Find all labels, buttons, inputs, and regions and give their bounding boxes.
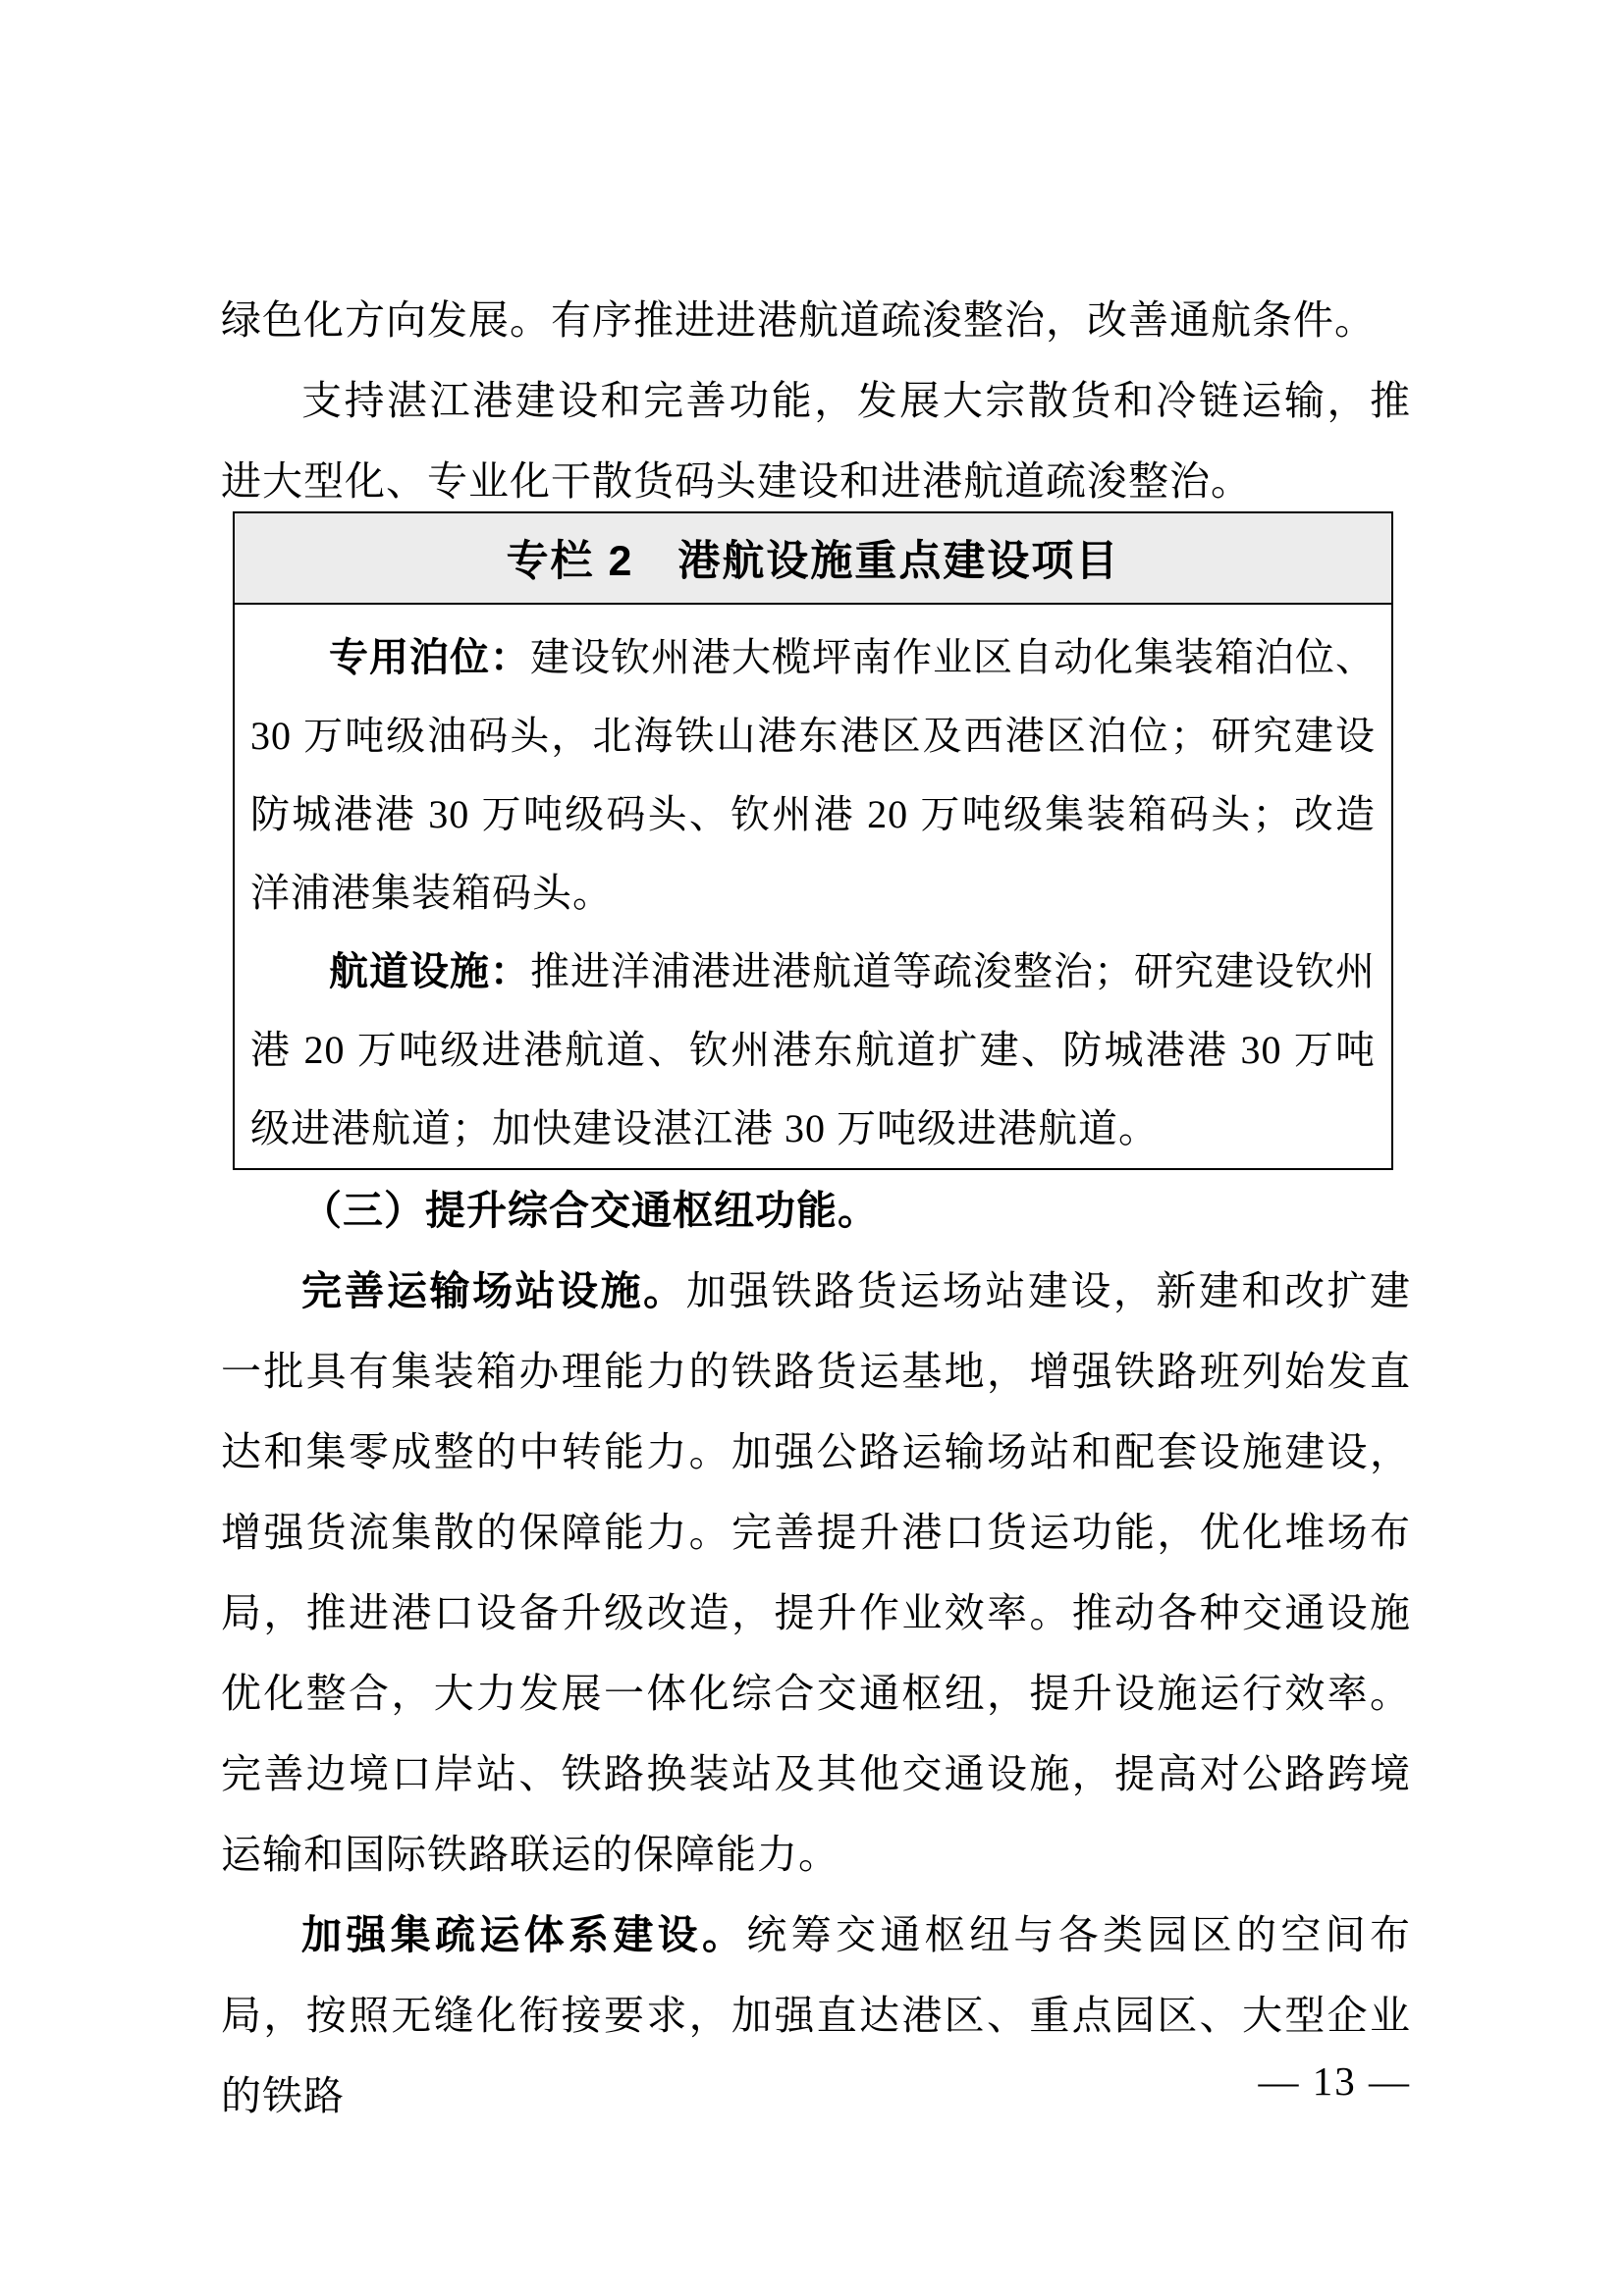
document-page: 绿色化方向发展。有序推进进港航道疏浚整治，改善通航条件。 支持湛江港建设和完善功…	[0, 0, 1624, 2296]
callout-box-title: 专栏 2 港航设施重点建设项目	[507, 528, 1120, 588]
paragraph-berths: 专用泊位：建设钦州港大榄坪南作业区自动化集装箱泊位、30 万吨级油码头，北海铁山…	[250, 618, 1376, 933]
paragraph-stations-text: 加强铁路货运场站建设，新建和改扩建一批具有集装箱办理能力的铁路货运基地，增强铁路…	[221, 1268, 1411, 1877]
paragraph-zhanjiang-port: 支持湛江港建设和完善功能，发展大宗散货和冷链运输，推进大型化、专业化干散货码头建…	[221, 360, 1411, 521]
paragraph-channels-lead: 航道设施：	[329, 949, 530, 993]
section-heading: （三）提升综合交通枢纽功能。	[221, 1170, 1411, 1251]
page-footer: — 13 —	[1259, 2059, 1412, 2103]
paragraph-gathering-system: 加强集疏运体系建设。统筹交通枢纽与各类园区的空间布局，按照无缝化衔接要求，加强直…	[221, 1895, 1411, 2136]
callout-box-header: 专栏 2 港航设施重点建设项目	[235, 513, 1391, 605]
page-number: — 13 —	[1259, 2058, 1412, 2104]
paragraph-continued: 绿色化方向发展。有序推进进港航道疏浚整治，改善通航条件。	[221, 280, 1411, 360]
callout-box-body: 专用泊位：建设钦州港大榄坪南作业区自动化集装箱泊位、30 万吨级油码头，北海铁山…	[235, 605, 1391, 1168]
page-content: 绿色化方向发展。有序推进进港航道疏浚整治，改善通航条件。 支持湛江港建设和完善功…	[221, 0, 1411, 2136]
paragraph-channels: 航道设施：推进洋浦港进港航道等疏浚整治；研究建设钦州港 20 万吨级进港航道、钦…	[250, 933, 1376, 1168]
paragraph-gathering-system-lead: 加强集疏运体系建设。	[301, 1912, 746, 1957]
paragraph-berths-lead: 专用泊位：	[329, 635, 530, 679]
paragraph-stations-lead: 完善运输场站设施。	[301, 1268, 686, 1313]
callout-box: 专栏 2 港航设施重点建设项目 专用泊位：建设钦州港大榄坪南作业区自动化集装箱泊…	[233, 511, 1393, 1170]
paragraph-stations: 完善运输场站设施。加强铁路货运场站建设，新建和改扩建一批具有集装箱办理能力的铁路…	[221, 1251, 1411, 1895]
